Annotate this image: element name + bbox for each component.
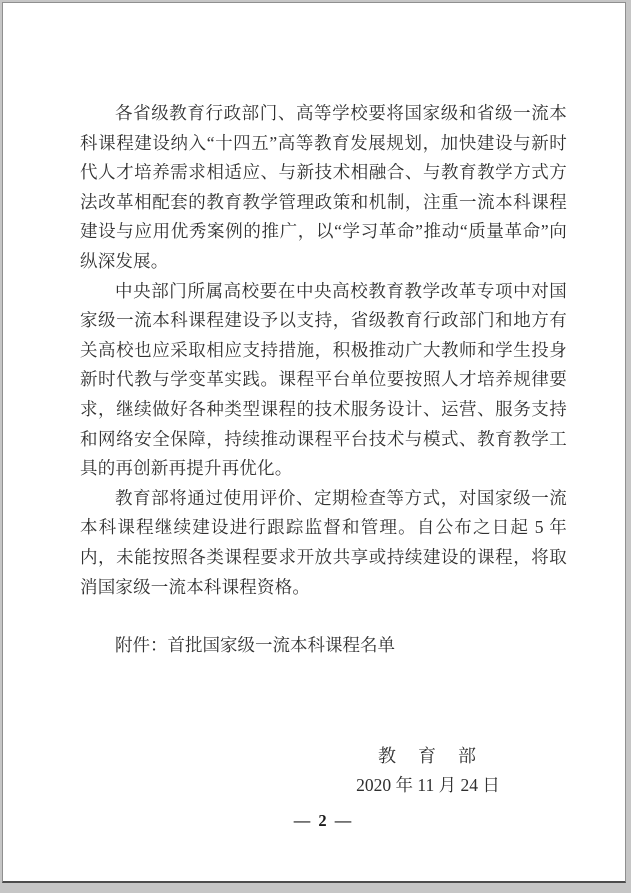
body-text: 各省级教育行政部门、高等学校要将国家级和省级一流本科课程建设纳入“十四五”高等教… — [80, 99, 567, 602]
signature-organization: 教 育 部 — [333, 742, 523, 772]
signature-block: 教 育 部 2020 年 11 月 24 日 — [333, 742, 523, 801]
document-content: 各省级教育行政部门、高等学校要将国家级和省级一流本科课程建设纳入“十四五”高等教… — [3, 3, 625, 831]
document-page: 各省级教育行政部门、高等学校要将国家级和省级一流本科课程建设纳入“十四五”高等教… — [2, 2, 626, 883]
paragraph-1: 各省级教育行政部门、高等学校要将国家级和省级一流本科课程建设纳入“十四五”高等教… — [80, 99, 567, 277]
paragraph-3: 教育部将通过使用评价、定期检查等方式，对国家级一流本科课程继续建设进行跟踪监督和… — [80, 484, 567, 602]
page-number: — 2 — — [80, 811, 567, 831]
attachment-note: 附件：首批国家级一流本科课程名单 — [80, 631, 567, 661]
paragraph-2: 中央部门所属高校要在中央高校教育教学改革专项中对国家级一流本科课程建设予以支持，… — [80, 277, 567, 484]
signature-date: 2020 年 11 月 24 日 — [333, 771, 523, 801]
